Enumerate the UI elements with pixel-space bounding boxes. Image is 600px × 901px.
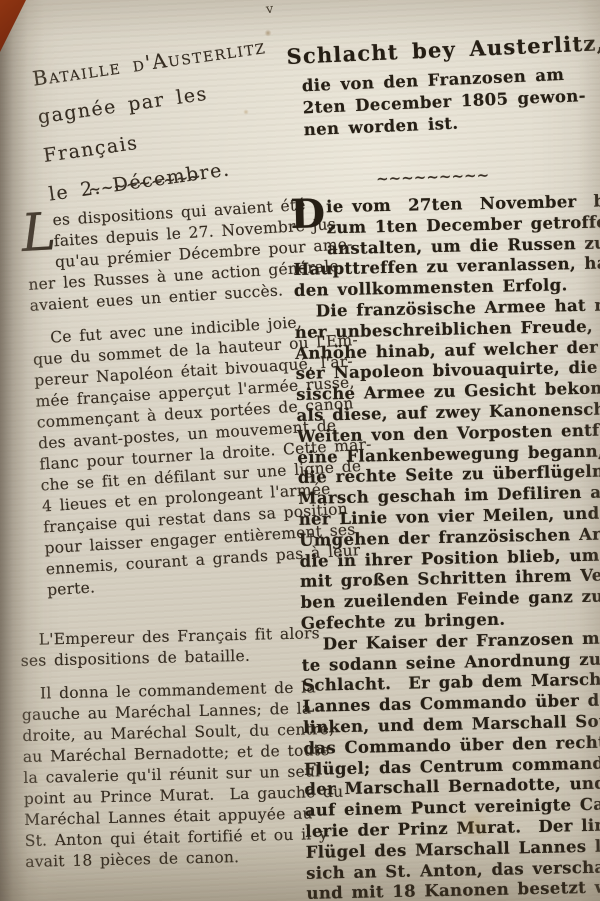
french-paragraph: Les dispositions qui avaient été faites … [24,195,304,317]
german-paragraph: Die französische Armee hat mit ei- ner u… [294,295,600,635]
french-body-upper: Les dispositions qui avaient été faites … [24,195,322,613]
german-paragraph: Der Kaiser der Franzosen mach- te sodann… [301,628,600,901]
french-dropcap: L [20,212,53,272]
french-paragraph: Ce fut avec une indicible joie, que du s… [31,312,321,601]
german-title: Schlacht bey Austerlitz, die von den Fra… [286,30,600,142]
french-body-lower: L'Empereur des Français fit alors ses di… [20,624,306,885]
german-paragraph: Die vom 27ten November bis zum 1ten Dece… [292,191,600,302]
french-paragraph: Il donna le commandement de la gauche au… [21,678,305,873]
german-paragraph-text: ie vom 27ten November bis zum 1ten Decem… [293,191,600,300]
german-body: Die vom 27ten November bis zum 1ten Dece… [292,191,600,901]
french-paragraph: L'Empereur des Français fit alors ses di… [20,624,301,672]
book-cover-corner [0,0,30,56]
german-dropcap: D [290,197,325,240]
german-title-line1: Schlacht bey Austerlitz, [286,30,600,69]
page-signature-mark: v [265,2,274,18]
book-photo: v Bataille d'Austerlitz gagnée par les F… [0,0,600,901]
german-title-subtitle: die von den Franzosen am 2ten December 1… [287,62,600,142]
german-divider-rule: ~~~~~~~~~ [376,166,490,188]
